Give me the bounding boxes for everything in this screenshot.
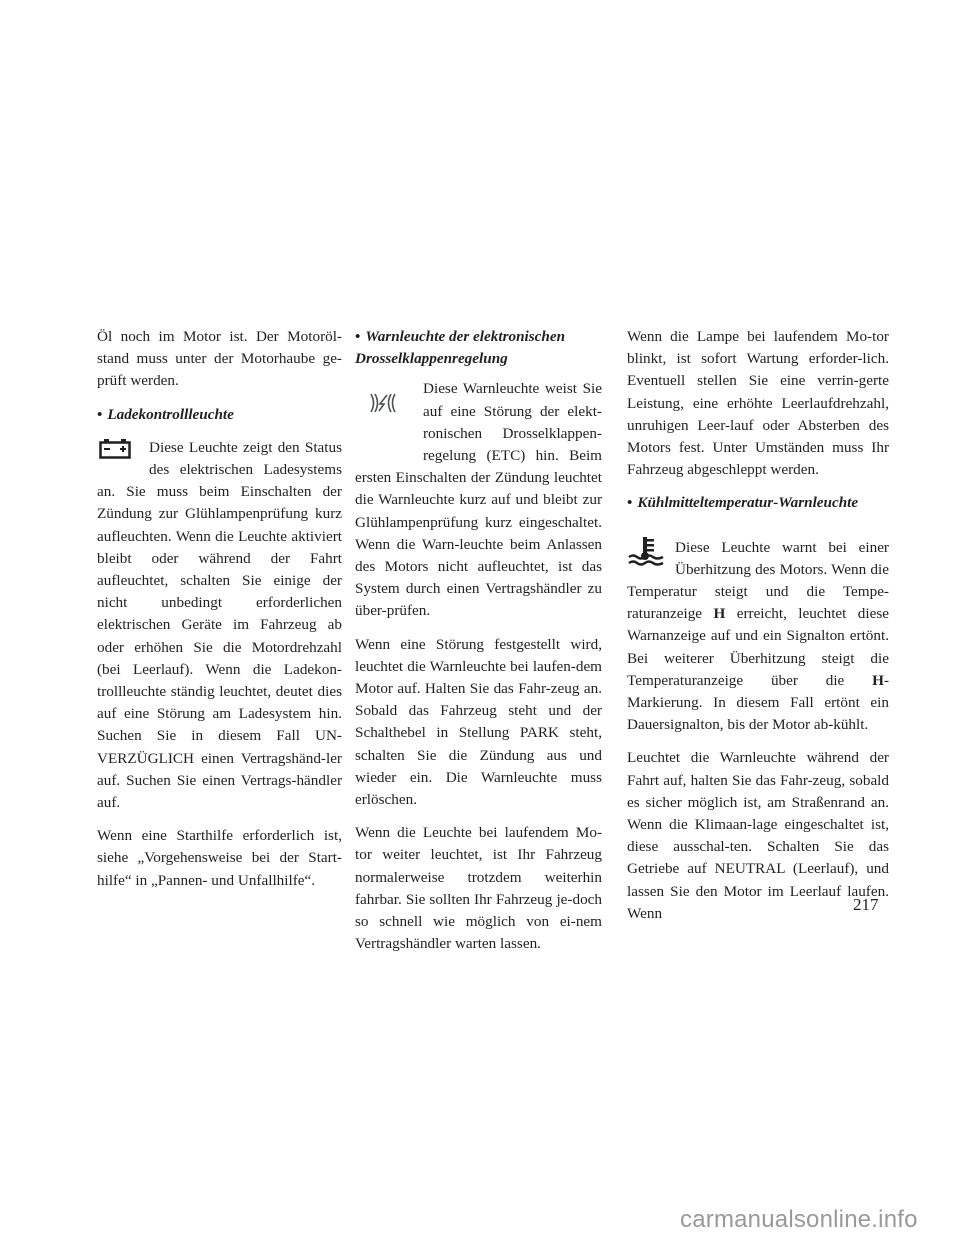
section-heading-charging-light: •Ladekontrollleuchte	[97, 404, 342, 426]
coolant-temperature-icon	[627, 535, 665, 574]
coolant-light-description: Diese Leuchte warnt bei einer Überhitzun…	[627, 537, 889, 737]
bullet-icon: •	[97, 406, 102, 423]
bullet-icon: •	[355, 328, 360, 345]
section-heading-coolant-light: •Kühlmitteltemperatur-Warnleuchte	[627, 492, 889, 514]
bullet-icon: •	[627, 494, 632, 511]
charging-light-description: Diese Leuchte zeigt den Status des elekt…	[97, 437, 342, 814]
electronic-throttle-control-icon	[369, 392, 397, 421]
section-heading-etc-light: •Warnleuchte der elektronischen Drosselk…	[355, 326, 602, 370]
gauge-mark-h: H	[872, 672, 884, 689]
etc-fault-paragraph: Wenn eine Störung festgestellt wird, leu…	[355, 634, 602, 812]
watermark: carmanualsonline.info	[680, 1206, 918, 1234]
jump-start-paragraph: Wenn eine Starthilfe erforderlich ist, s…	[97, 825, 342, 892]
battery-icon	[99, 439, 131, 466]
column-left: Öl noch im Motor ist. Der Motoröl-stand …	[97, 326, 342, 903]
page-number: 217	[853, 895, 879, 915]
gauge-mark-h: H	[713, 605, 725, 622]
etc-continue-paragraph: Wenn die Leuchte bei laufendem Mo-tor we…	[355, 822, 602, 955]
intro-paragraph: Öl noch im Motor ist. Der Motoröl-stand …	[97, 326, 342, 393]
column-right: Wenn die Lampe bei laufendem Mo-tor blin…	[627, 326, 889, 936]
etc-light-description: Diese Warnleuchte weist Sie auf eine Stö…	[355, 378, 602, 622]
lamp-blink-paragraph: Wenn die Lampe bei laufendem Mo-tor blin…	[627, 326, 889, 481]
coolant-action-paragraph: Leuchtet die Warnleuchte während der Fah…	[627, 747, 889, 925]
column-middle: •Warnleuchte der elektronischen Drosselk…	[355, 326, 602, 966]
